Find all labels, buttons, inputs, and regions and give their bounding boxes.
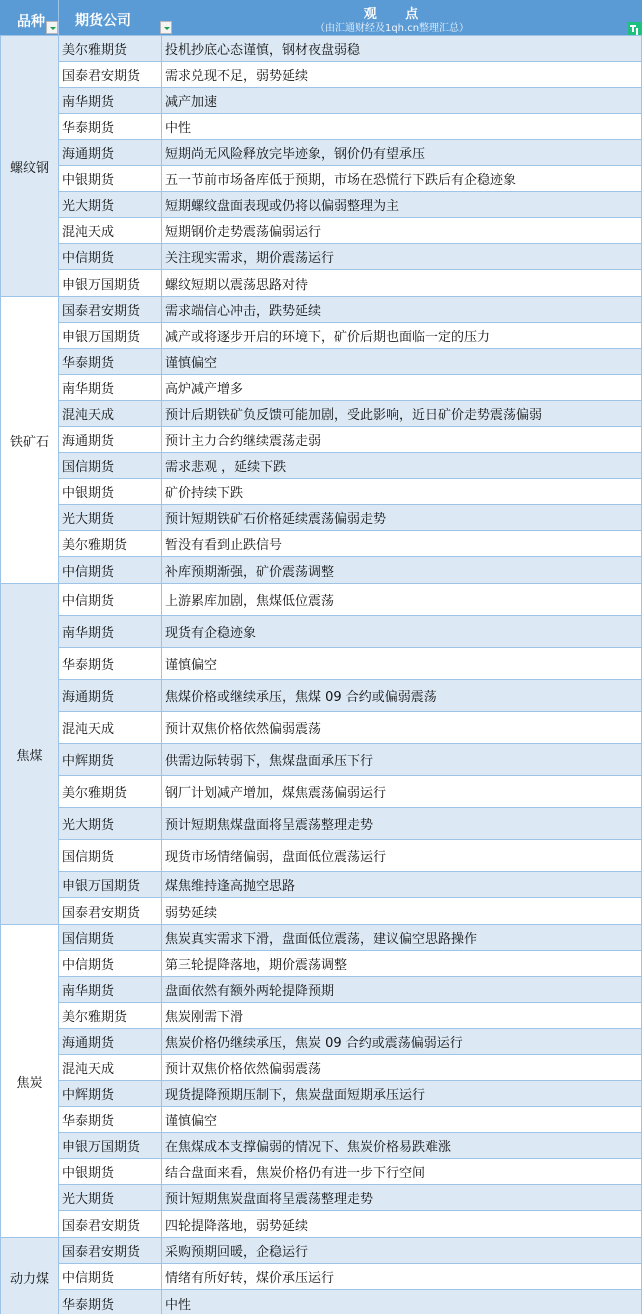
table-body: 螺纹钢美尔雅期货投机抄底心态谨慎，钢材夜盘弱稳国泰君安期货需求兑现不足，弱势延续… xyxy=(0,36,642,1314)
view-cell[interactable]: 中性 xyxy=(162,1290,642,1314)
variety-cell[interactable]: 铁矿石 xyxy=(0,297,59,583)
table-row: 南华期货现货有企稳迹象 xyxy=(59,616,642,648)
view-cell[interactable]: 供需边际转弱下，焦煤盘面承压下行 xyxy=(162,744,642,775)
table-row: 中信期货情绪有所好转，煤价承压运行 xyxy=(59,1264,642,1290)
group-rows: 国泰君安期货需求端信心冲击，跌势延续申银万国期货减产或将逐步开启的环境下，矿价后… xyxy=(59,297,642,583)
view-cell[interactable]: 结合盘面来看，焦炭价格仍有进一步下行空间 xyxy=(162,1159,642,1184)
company-cell[interactable]: 中银期货 xyxy=(59,479,162,504)
view-cell[interactable]: 投机抄底心态谨慎，钢材夜盘弱稳 xyxy=(162,36,642,61)
table-row: 美尔雅期货投机抄底心态谨慎，钢材夜盘弱稳 xyxy=(59,36,642,62)
view-cell[interactable]: 焦炭价格仍继续承压，焦炭 09 合约或震荡偏弱运行 xyxy=(162,1029,642,1054)
company-cell[interactable]: 海通期货 xyxy=(59,1029,162,1054)
variety-cell[interactable]: 动力煤 xyxy=(0,1238,59,1314)
variety-group: 动力煤国泰君安期货采购预期回暖，企稳运行中信期货情绪有所好转，煤价承压运行华泰期… xyxy=(0,1238,642,1314)
company-cell[interactable]: 华泰期货 xyxy=(59,648,162,679)
company-cell[interactable]: 南华期货 xyxy=(59,977,162,1002)
table-row: 国信期货需求悲观 ，延续下跌 xyxy=(59,453,642,479)
table-row: 申银万国期货在焦煤成本支撑偏弱的情况下、焦炭价格易跌难涨 xyxy=(59,1133,642,1159)
table-row: 混沌天成预计双焦价格依然偏弱震荡 xyxy=(59,1055,642,1081)
variety-cell[interactable]: 焦煤 xyxy=(0,584,59,924)
company-cell[interactable]: 中辉期货 xyxy=(59,744,162,775)
view-cell[interactable]: 钢厂计划减产增加，煤焦震荡偏弱运行 xyxy=(162,776,642,807)
company-cell[interactable]: 海通期货 xyxy=(59,427,162,452)
view-cell[interactable]: 谨慎偏空 xyxy=(162,648,642,679)
view-cell[interactable]: 预计短期焦煤盘面将呈震荡整理走势 xyxy=(162,808,642,839)
table-row: 南华期货盘面依然有额外两轮提降预期 xyxy=(59,977,642,1003)
group-rows: 美尔雅期货投机抄底心态谨慎，钢材夜盘弱稳国泰君安期货需求兑现不足，弱势延续南华期… xyxy=(59,36,642,296)
table-row: 混沌天成预计后期铁矿负反馈可能加剧，受此影响，近日矿价走势震荡偏弱 xyxy=(59,401,642,427)
company-cell[interactable]: 南华期货 xyxy=(59,88,162,113)
view-cell[interactable]: 四轮提降落地，弱势延续 xyxy=(162,1211,642,1237)
view-cell[interactable]: 五一节前市场备库低于预期，市场在恐慌行下跌后有企稳迹象 xyxy=(162,166,642,191)
view-cell[interactable]: 减产或将逐步开启的环境下，矿价后期也面临一定的压力 xyxy=(162,323,642,348)
table-row: 光大期货预计短期焦煤盘面将呈震荡整理走势 xyxy=(59,808,642,840)
view-cell[interactable]: 螺纹短期以震荡思路对待 xyxy=(162,270,642,296)
view-cell[interactable]: 采购预期回暖，企稳运行 xyxy=(162,1238,642,1263)
table-row: 光大期货短期螺纹盘面表现或仍将以偏弱整理为主 xyxy=(59,192,642,218)
view-cell[interactable]: 弱势延续 xyxy=(162,898,642,924)
view-cell[interactable]: 预计主力合约继续震荡走弱 xyxy=(162,427,642,452)
company-cell[interactable]: 光大期货 xyxy=(59,1185,162,1210)
company-cell[interactable]: 美尔雅期货 xyxy=(59,531,162,556)
view-cell[interactable]: 谨慎偏空 xyxy=(162,1107,642,1132)
variety-cell[interactable]: 螺纹钢 xyxy=(0,36,59,296)
company-cell[interactable]: 中信期货 xyxy=(59,244,162,269)
variety-group: 螺纹钢美尔雅期货投机抄底心态谨慎，钢材夜盘弱稳国泰君安期货需求兑现不足，弱势延续… xyxy=(0,36,642,297)
view-cell[interactable]: 预计双焦价格依然偏弱震荡 xyxy=(162,712,642,743)
table-row: 华泰期货中性 xyxy=(59,1290,642,1314)
table-row: 南华期货高炉减产增多 xyxy=(59,375,642,401)
table-row: 中信期货补库预期渐强，矿价震荡调整 xyxy=(59,557,642,583)
company-cell[interactable]: 混沌天成 xyxy=(59,1055,162,1080)
company-cell[interactable]: 美尔雅期货 xyxy=(59,1003,162,1028)
variety-group: 铁矿石国泰君安期货需求端信心冲击，跌势延续申银万国期货减产或将逐步开启的环境下，… xyxy=(0,297,642,584)
company-cell[interactable]: 美尔雅期货 xyxy=(59,776,162,807)
view-cell[interactable]: 减产加速 xyxy=(162,88,642,113)
table-row: 国泰君安期货需求端信心冲击，跌势延续 xyxy=(59,297,642,323)
company-cell[interactable]: 中信期货 xyxy=(59,951,162,976)
view-cell[interactable]: 上游累库加剧，焦煤低位震荡 xyxy=(162,584,642,615)
header-variety: 品种 xyxy=(0,0,59,36)
view-cell[interactable]: 情绪有所好转，煤价承压运行 xyxy=(162,1264,642,1289)
header-company: 期货公司 xyxy=(59,0,142,36)
view-cell[interactable]: 短期钢价走势震荡偏弱运行 xyxy=(162,218,642,243)
company-cell[interactable]: 光大期货 xyxy=(59,192,162,217)
company-cell[interactable]: 南华期货 xyxy=(59,375,162,400)
company-cell[interactable]: 申银万国期货 xyxy=(59,1133,162,1158)
table-row: 海通期货预计主力合约继续震荡走弱 xyxy=(59,427,642,453)
variety-group: 焦炭国信期货焦炭真实需求下滑，盘面低位震荡，建议偏空思路操作中信期货第三轮提降落… xyxy=(0,925,642,1238)
company-cell[interactable]: 国泰君安期货 xyxy=(59,62,162,87)
view-cell[interactable]: 短期尚无风险释放完毕迹象，钢价仍有望承压 xyxy=(162,140,642,165)
company-cell[interactable]: 申银万国期货 xyxy=(59,323,162,348)
company-cell[interactable]: 国信期货 xyxy=(59,840,162,871)
view-cell[interactable]: 现货市场情绪偏弱，盘面低位震荡运行 xyxy=(162,840,642,871)
table-row: 中银期货矿价持续下跌 xyxy=(59,479,642,505)
table-row: 申银万国期货减产或将逐步开启的环境下，矿价后期也面临一定的压力 xyxy=(59,323,642,349)
table-row: 申银万国期货煤焦维持逢高抛空思路 xyxy=(59,872,642,898)
table-row: 南华期货减产加速 xyxy=(59,88,642,114)
view-cell[interactable]: 煤焦维持逢高抛空思路 xyxy=(162,872,642,897)
table-row: 混沌天成短期钢价走势震荡偏弱运行 xyxy=(59,218,642,244)
company-cell[interactable]: 中信期货 xyxy=(59,584,162,615)
company-cell[interactable]: 申银万国期货 xyxy=(59,872,162,897)
table-row: 中辉期货供需边际转弱下，焦煤盘面承压下行 xyxy=(59,744,642,776)
group-rows: 中信期货上游累库加剧，焦煤低位震荡南华期货现货有企稳迹象华泰期货谨慎偏空海通期货… xyxy=(59,584,642,924)
header-company-label: 期货公司 xyxy=(75,10,131,30)
company-cell[interactable]: 美尔雅期货 xyxy=(59,36,162,61)
table-row: 国信期货焦炭真实需求下滑，盘面低位震荡，建议偏空思路操作 xyxy=(59,925,642,951)
company-cell[interactable]: 中信期货 xyxy=(59,1264,162,1289)
header-view-subtitle: （由汇通财经及1qh.cn整理汇总） xyxy=(142,19,642,34)
table-row: 国泰君安期货需求兑现不足，弱势延续 xyxy=(59,62,642,88)
group-rows: 国信期货焦炭真实需求下滑，盘面低位震荡，建议偏空思路操作中信期货第三轮提降落地，… xyxy=(59,925,642,1237)
table-row: 中银期货五一节前市场备库低于预期，市场在恐慌行下跌后有企稳迹象 xyxy=(59,166,642,192)
table-row: 海通期货焦炭价格仍继续承压，焦炭 09 合约或震荡偏弱运行 xyxy=(59,1029,642,1055)
table-row: 美尔雅期货暂没有看到止跌信号 xyxy=(59,531,642,557)
view-cell[interactable]: 谨慎偏空 xyxy=(162,349,642,374)
table-row: 光大期货预计短期焦炭盘面将呈震荡整理走势 xyxy=(59,1185,642,1211)
company-cell[interactable]: 中银期货 xyxy=(59,1159,162,1184)
company-cell[interactable]: 国信期货 xyxy=(59,925,162,950)
table-row: 华泰期货谨慎偏空 xyxy=(59,648,642,680)
table-row: 中信期货上游累库加剧，焦煤低位震荡 xyxy=(59,584,642,616)
table-row: 中信期货第三轮提降落地，期价震荡调整 xyxy=(59,951,642,977)
variety-group: 焦煤中信期货上游累库加剧，焦煤低位震荡南华期货现货有企稳迹象华泰期货谨慎偏空海通… xyxy=(0,584,642,925)
table-row: 混沌天成预计双焦价格依然偏弱震荡 xyxy=(59,712,642,744)
company-cell[interactable]: 国信期货 xyxy=(59,453,162,478)
view-cell[interactable]: 现货提降预期压制下，焦炭盘面短期承压运行 xyxy=(162,1081,642,1106)
company-cell[interactable]: 混沌天成 xyxy=(59,218,162,243)
filter-active-icon[interactable] xyxy=(628,22,641,35)
view-cell[interactable]: 焦炭真实需求下滑，盘面低位震荡，建议偏空思路操作 xyxy=(162,925,642,950)
view-cell[interactable]: 预计短期焦炭盘面将呈震荡整理走势 xyxy=(162,1185,642,1210)
company-cell[interactable]: 国泰君安期货 xyxy=(59,297,162,322)
company-cell[interactable]: 中银期货 xyxy=(59,166,162,191)
table-row: 国泰君安期货弱势延续 xyxy=(59,898,642,924)
view-cell[interactable]: 预计短期铁矿石价格延续震荡偏弱走势 xyxy=(162,505,642,530)
view-cell[interactable]: 预计双焦价格依然偏弱震荡 xyxy=(162,1055,642,1080)
view-cell[interactable]: 高炉减产增多 xyxy=(162,375,642,400)
header-view: 观 点 （由汇通财经及1qh.cn整理汇总） xyxy=(142,0,642,36)
view-cell[interactable]: 矿价持续下跌 xyxy=(162,479,642,504)
view-cell[interactable]: 盘面依然有额外两轮提降预期 xyxy=(162,977,642,1002)
table-row: 美尔雅期货钢厂计划减产增加，煤焦震荡偏弱运行 xyxy=(59,776,642,808)
table-row: 海通期货焦煤价格或继续承压，焦煤 09 合约或偏弱震荡 xyxy=(59,680,642,712)
view-cell[interactable]: 关注现实需求，期价震荡运行 xyxy=(162,244,642,269)
view-cell[interactable]: 需求悲观 ，延续下跌 xyxy=(162,453,642,478)
filter-dropdown-icon[interactable] xyxy=(46,21,58,34)
view-cell[interactable]: 现货有企稳迹象 xyxy=(162,616,642,647)
view-cell[interactable]: 第三轮提降落地，期价震荡调整 xyxy=(162,951,642,976)
table-row: 国泰君安期货采购预期回暖，企稳运行 xyxy=(59,1238,642,1264)
table-row: 国泰君安期货四轮提降落地，弱势延续 xyxy=(59,1211,642,1237)
company-cell[interactable]: 国泰君安期货 xyxy=(59,898,162,924)
view-cell[interactable]: 需求兑现不足，弱势延续 xyxy=(162,62,642,87)
company-cell[interactable]: 华泰期货 xyxy=(59,1107,162,1132)
table-row: 申银万国期货螺纹短期以震荡思路对待 xyxy=(59,270,642,296)
table-row: 美尔雅期货焦炭刚需下滑 xyxy=(59,1003,642,1029)
view-cell[interactable]: 中性 xyxy=(162,114,642,139)
company-cell[interactable]: 中辉期货 xyxy=(59,1081,162,1106)
company-cell[interactable]: 华泰期货 xyxy=(59,349,162,374)
company-cell[interactable]: 光大期货 xyxy=(59,505,162,530)
view-cell[interactable]: 补库预期渐强，矿价震荡调整 xyxy=(162,557,642,583)
table-header: 品种 期货公司 观 点 （由汇通财经及1qh.cn整理汇总） xyxy=(0,0,642,36)
company-cell[interactable]: 光大期货 xyxy=(59,808,162,839)
company-cell[interactable]: 国泰君安期货 xyxy=(59,1211,162,1237)
table-row: 国信期货现货市场情绪偏弱，盘面低位震荡运行 xyxy=(59,840,642,872)
view-cell[interactable]: 焦炭刚需下滑 xyxy=(162,1003,642,1028)
company-cell[interactable]: 混沌天成 xyxy=(59,401,162,426)
table-row: 中信期货关注现实需求，期价震荡运行 xyxy=(59,244,642,270)
table-row: 中银期货结合盘面来看，焦炭价格仍有进一步下行空间 xyxy=(59,1159,642,1185)
view-cell[interactable]: 需求端信心冲击，跌势延续 xyxy=(162,297,642,322)
view-cell[interactable]: 短期螺纹盘面表现或仍将以偏弱整理为主 xyxy=(162,192,642,217)
futures-views-table: 品种 期货公司 观 点 （由汇通财经及1qh.cn整理汇总） 螺纹钢美尔雅期货投… xyxy=(0,0,642,1314)
company-cell[interactable]: 国泰君安期货 xyxy=(59,1238,162,1263)
view-cell[interactable]: 暂没有看到止跌信号 xyxy=(162,531,642,556)
view-cell[interactable]: 在焦煤成本支撑偏弱的情况下、焦炭价格易跌难涨 xyxy=(162,1133,642,1158)
view-cell[interactable]: 预计后期铁矿负反馈可能加剧，受此影响，近日矿价走势震荡偏弱 xyxy=(162,401,642,426)
header-variety-label: 品种 xyxy=(17,11,45,31)
table-row: 中辉期货现货提降预期压制下，焦炭盘面短期承压运行 xyxy=(59,1081,642,1107)
group-rows: 国泰君安期货采购预期回暖，企稳运行中信期货情绪有所好转，煤价承压运行华泰期货中性 xyxy=(59,1238,642,1314)
company-cell[interactable]: 海通期货 xyxy=(59,680,162,711)
table-row: 光大期货预计短期铁矿石价格延续震荡偏弱走势 xyxy=(59,505,642,531)
company-cell[interactable]: 南华期货 xyxy=(59,616,162,647)
company-cell[interactable]: 华泰期货 xyxy=(59,114,162,139)
company-cell[interactable]: 中信期货 xyxy=(59,557,162,583)
company-cell[interactable]: 混沌天成 xyxy=(59,712,162,743)
variety-cell[interactable]: 焦炭 xyxy=(0,925,59,1237)
table-row: 华泰期货谨慎偏空 xyxy=(59,1107,642,1133)
company-cell[interactable]: 申银万国期货 xyxy=(59,270,162,296)
company-cell[interactable]: 海通期货 xyxy=(59,140,162,165)
table-row: 华泰期货中性 xyxy=(59,114,642,140)
view-cell[interactable]: 焦煤价格或继续承压，焦煤 09 合约或偏弱震荡 xyxy=(162,680,642,711)
table-row: 华泰期货谨慎偏空 xyxy=(59,349,642,375)
company-cell[interactable]: 华泰期货 xyxy=(59,1290,162,1314)
table-row: 海通期货短期尚无风险释放完毕迹象，钢价仍有望承压 xyxy=(59,140,642,166)
